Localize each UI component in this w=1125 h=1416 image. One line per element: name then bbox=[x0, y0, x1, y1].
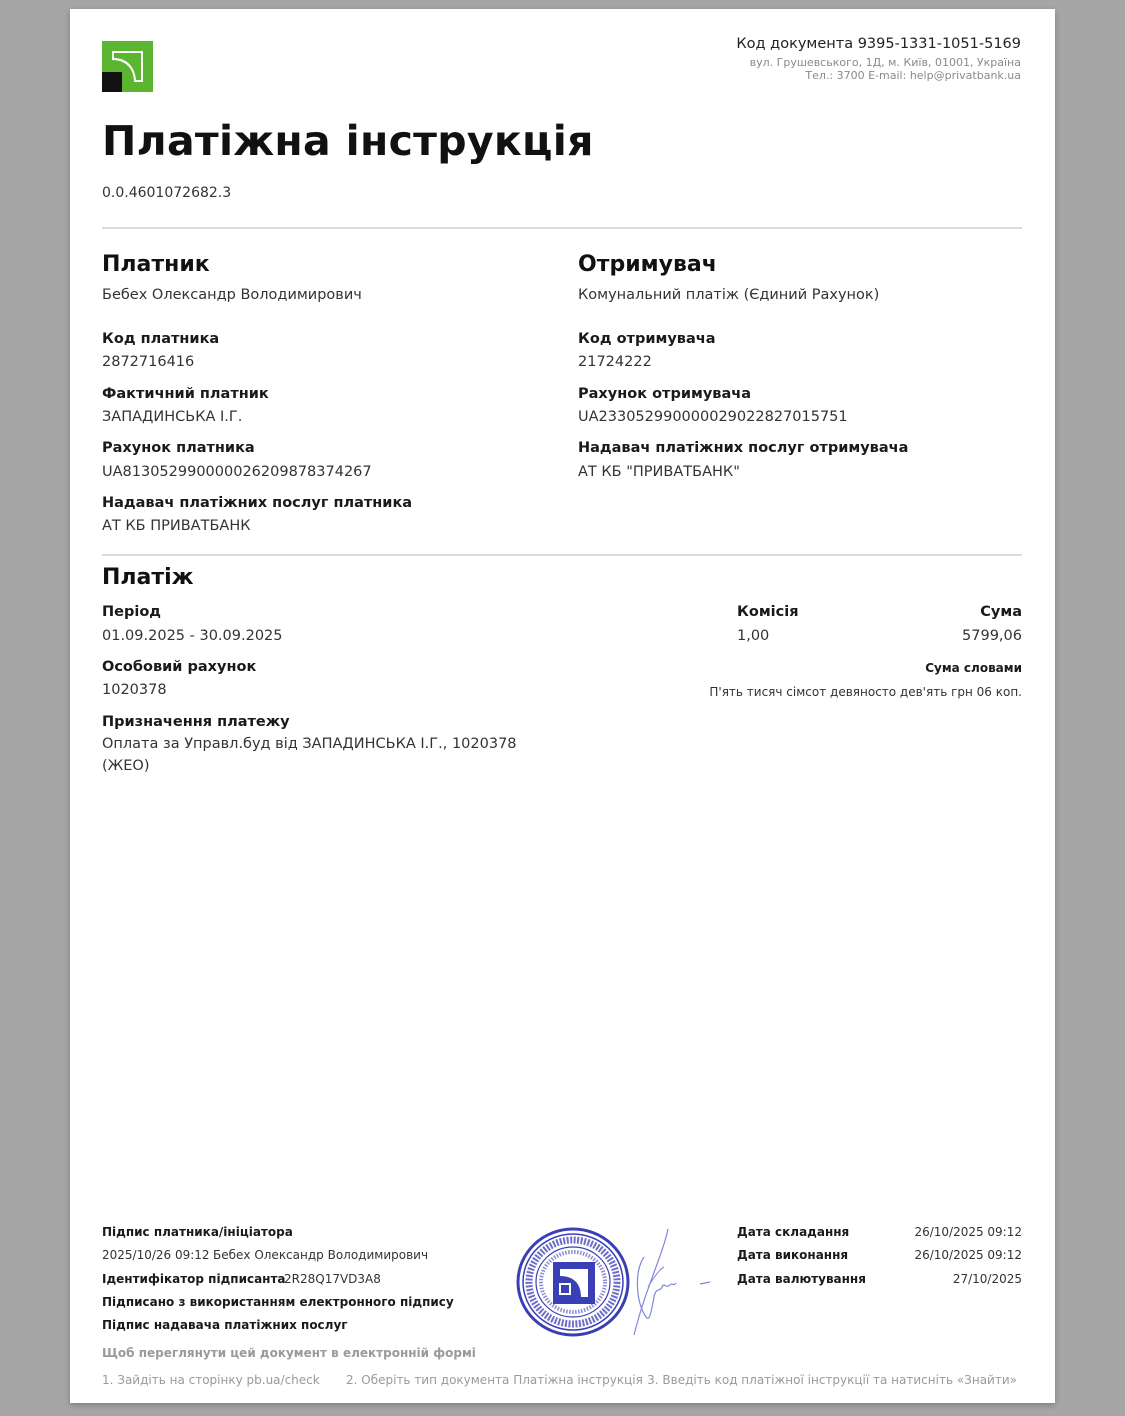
payer-heading: Платник bbox=[102, 252, 210, 277]
payer-provider-label: Надавач платіжних послуг платника bbox=[102, 495, 412, 511]
value-date-value: 27/10/2025 bbox=[953, 1272, 1022, 1286]
date-executed-value: 26/10/2025 09:12 bbox=[914, 1248, 1022, 1262]
amount-value: 5799,06 bbox=[962, 628, 1022, 644]
amount-label: Сума bbox=[980, 604, 1022, 620]
check-step-3: 3. Введіть код платіжної інструкції та н… bbox=[647, 1373, 1017, 1387]
recipient-provider-value: АТ КБ "ПРИВАТБАНК" bbox=[578, 464, 740, 480]
purpose-label: Призначення платежу bbox=[102, 714, 290, 730]
commission-label: Комісія bbox=[737, 604, 799, 620]
bank-address: вул. Грушевського, 1Д, м. Київ, 01001, У… bbox=[750, 56, 1021, 69]
payer-signature-label: Підпис платника/ініціатора bbox=[102, 1225, 293, 1239]
value-date-label: Дата валютування bbox=[737, 1272, 866, 1286]
recipient-provider-label: Надавач платіжних послуг отримувача bbox=[578, 440, 908, 456]
period-label: Період bbox=[102, 604, 161, 620]
recipient-code-value: 21724222 bbox=[578, 354, 652, 370]
date-created-value: 26/10/2025 09:12 bbox=[914, 1225, 1022, 1239]
payer-signature-name: Бебех Олександр Володимирович bbox=[213, 1248, 428, 1262]
bank-phone-email: Тел.: 3700 E-mail: help@privatbank.ua bbox=[750, 69, 1021, 82]
recipient-name: Комунальний платіж (Єдиний Рахунок) bbox=[578, 287, 879, 303]
period-value: 01.09.2025 - 30.09.2025 bbox=[102, 628, 283, 644]
amount-words-label: Сума словами bbox=[925, 661, 1022, 675]
actual-payer-label: Фактичний платник bbox=[102, 386, 269, 402]
date-created-label: Дата складання bbox=[737, 1225, 849, 1239]
signer-id-value: 2R28Q17VD3A8 bbox=[284, 1272, 381, 1286]
recipient-account-value: UA233052990000029022827015751 bbox=[578, 409, 848, 425]
date-executed-label: Дата виконання bbox=[737, 1248, 848, 1262]
recipient-code-label: Код отримувача bbox=[578, 331, 715, 347]
privatbank-logo-icon bbox=[102, 41, 153, 92]
check-hint-title: Щоб переглянути цей документ в електронн… bbox=[102, 1346, 476, 1360]
check-step-2: 2. Оберіть тип документа Платіжна інстру… bbox=[346, 1373, 643, 1387]
bank-contacts: вул. Грушевського, 1Д, м. Київ, 01001, У… bbox=[750, 56, 1021, 82]
payer-signature-datetime: 2025/10/26 09:12 bbox=[102, 1248, 210, 1262]
bank-stamp-icon bbox=[515, 1226, 633, 1338]
payment-heading: Платіж bbox=[102, 565, 194, 590]
payer-code-value: 2872716416 bbox=[102, 354, 194, 370]
signer-id-label: Ідентифікатор підписанта bbox=[102, 1272, 286, 1286]
personal-account-label: Особовий рахунок bbox=[102, 659, 256, 675]
document-code: Код документа 9395-1331-1051-5169 bbox=[736, 36, 1021, 52]
handwritten-signature-icon bbox=[626, 1227, 716, 1339]
actual-payer-value: ЗАПАДИНСЬКА І.Г. bbox=[102, 409, 242, 425]
amount-words-value: П'ять тисяч сімсот девяносто дев'ять грн… bbox=[709, 685, 1022, 699]
page-title: Платіжна інструкція bbox=[102, 117, 594, 165]
payer-account-label: Рахунок платника bbox=[102, 440, 255, 456]
provider-signature-label: Підпис надавача платіжних послуг bbox=[102, 1318, 348, 1332]
payer-code-label: Код платника bbox=[102, 331, 219, 347]
commission-value: 1,00 bbox=[737, 628, 769, 644]
document-page: Код документа 9395-1331-1051-5169 вул. Г… bbox=[70, 9, 1055, 1403]
personal-account-value: 1020378 bbox=[102, 682, 167, 698]
check-step-1: 1. Зайдіть на сторінку pb.ua/check bbox=[102, 1373, 320, 1387]
divider bbox=[102, 227, 1022, 229]
recipient-account-label: Рахунок отримувача bbox=[578, 386, 751, 402]
divider bbox=[102, 554, 1022, 556]
recipient-heading: Отримувач bbox=[578, 252, 717, 277]
purpose-value-line2: (ЖЕО) bbox=[102, 758, 150, 774]
e-signature-note: Підписано з використанням електронного п… bbox=[102, 1295, 454, 1309]
purpose-value-line1: Оплата за Управл.буд від ЗАПАДИНСЬКА І.Г… bbox=[102, 736, 517, 752]
document-number: 0.0.4601072682.3 bbox=[102, 185, 231, 201]
payer-account-value: UA813052990000026209878374267 bbox=[102, 464, 372, 480]
payer-provider-value: АТ КБ ПРИВАТБАНК bbox=[102, 518, 251, 534]
payer-name: Бебех Олександр Володимирович bbox=[102, 287, 362, 303]
